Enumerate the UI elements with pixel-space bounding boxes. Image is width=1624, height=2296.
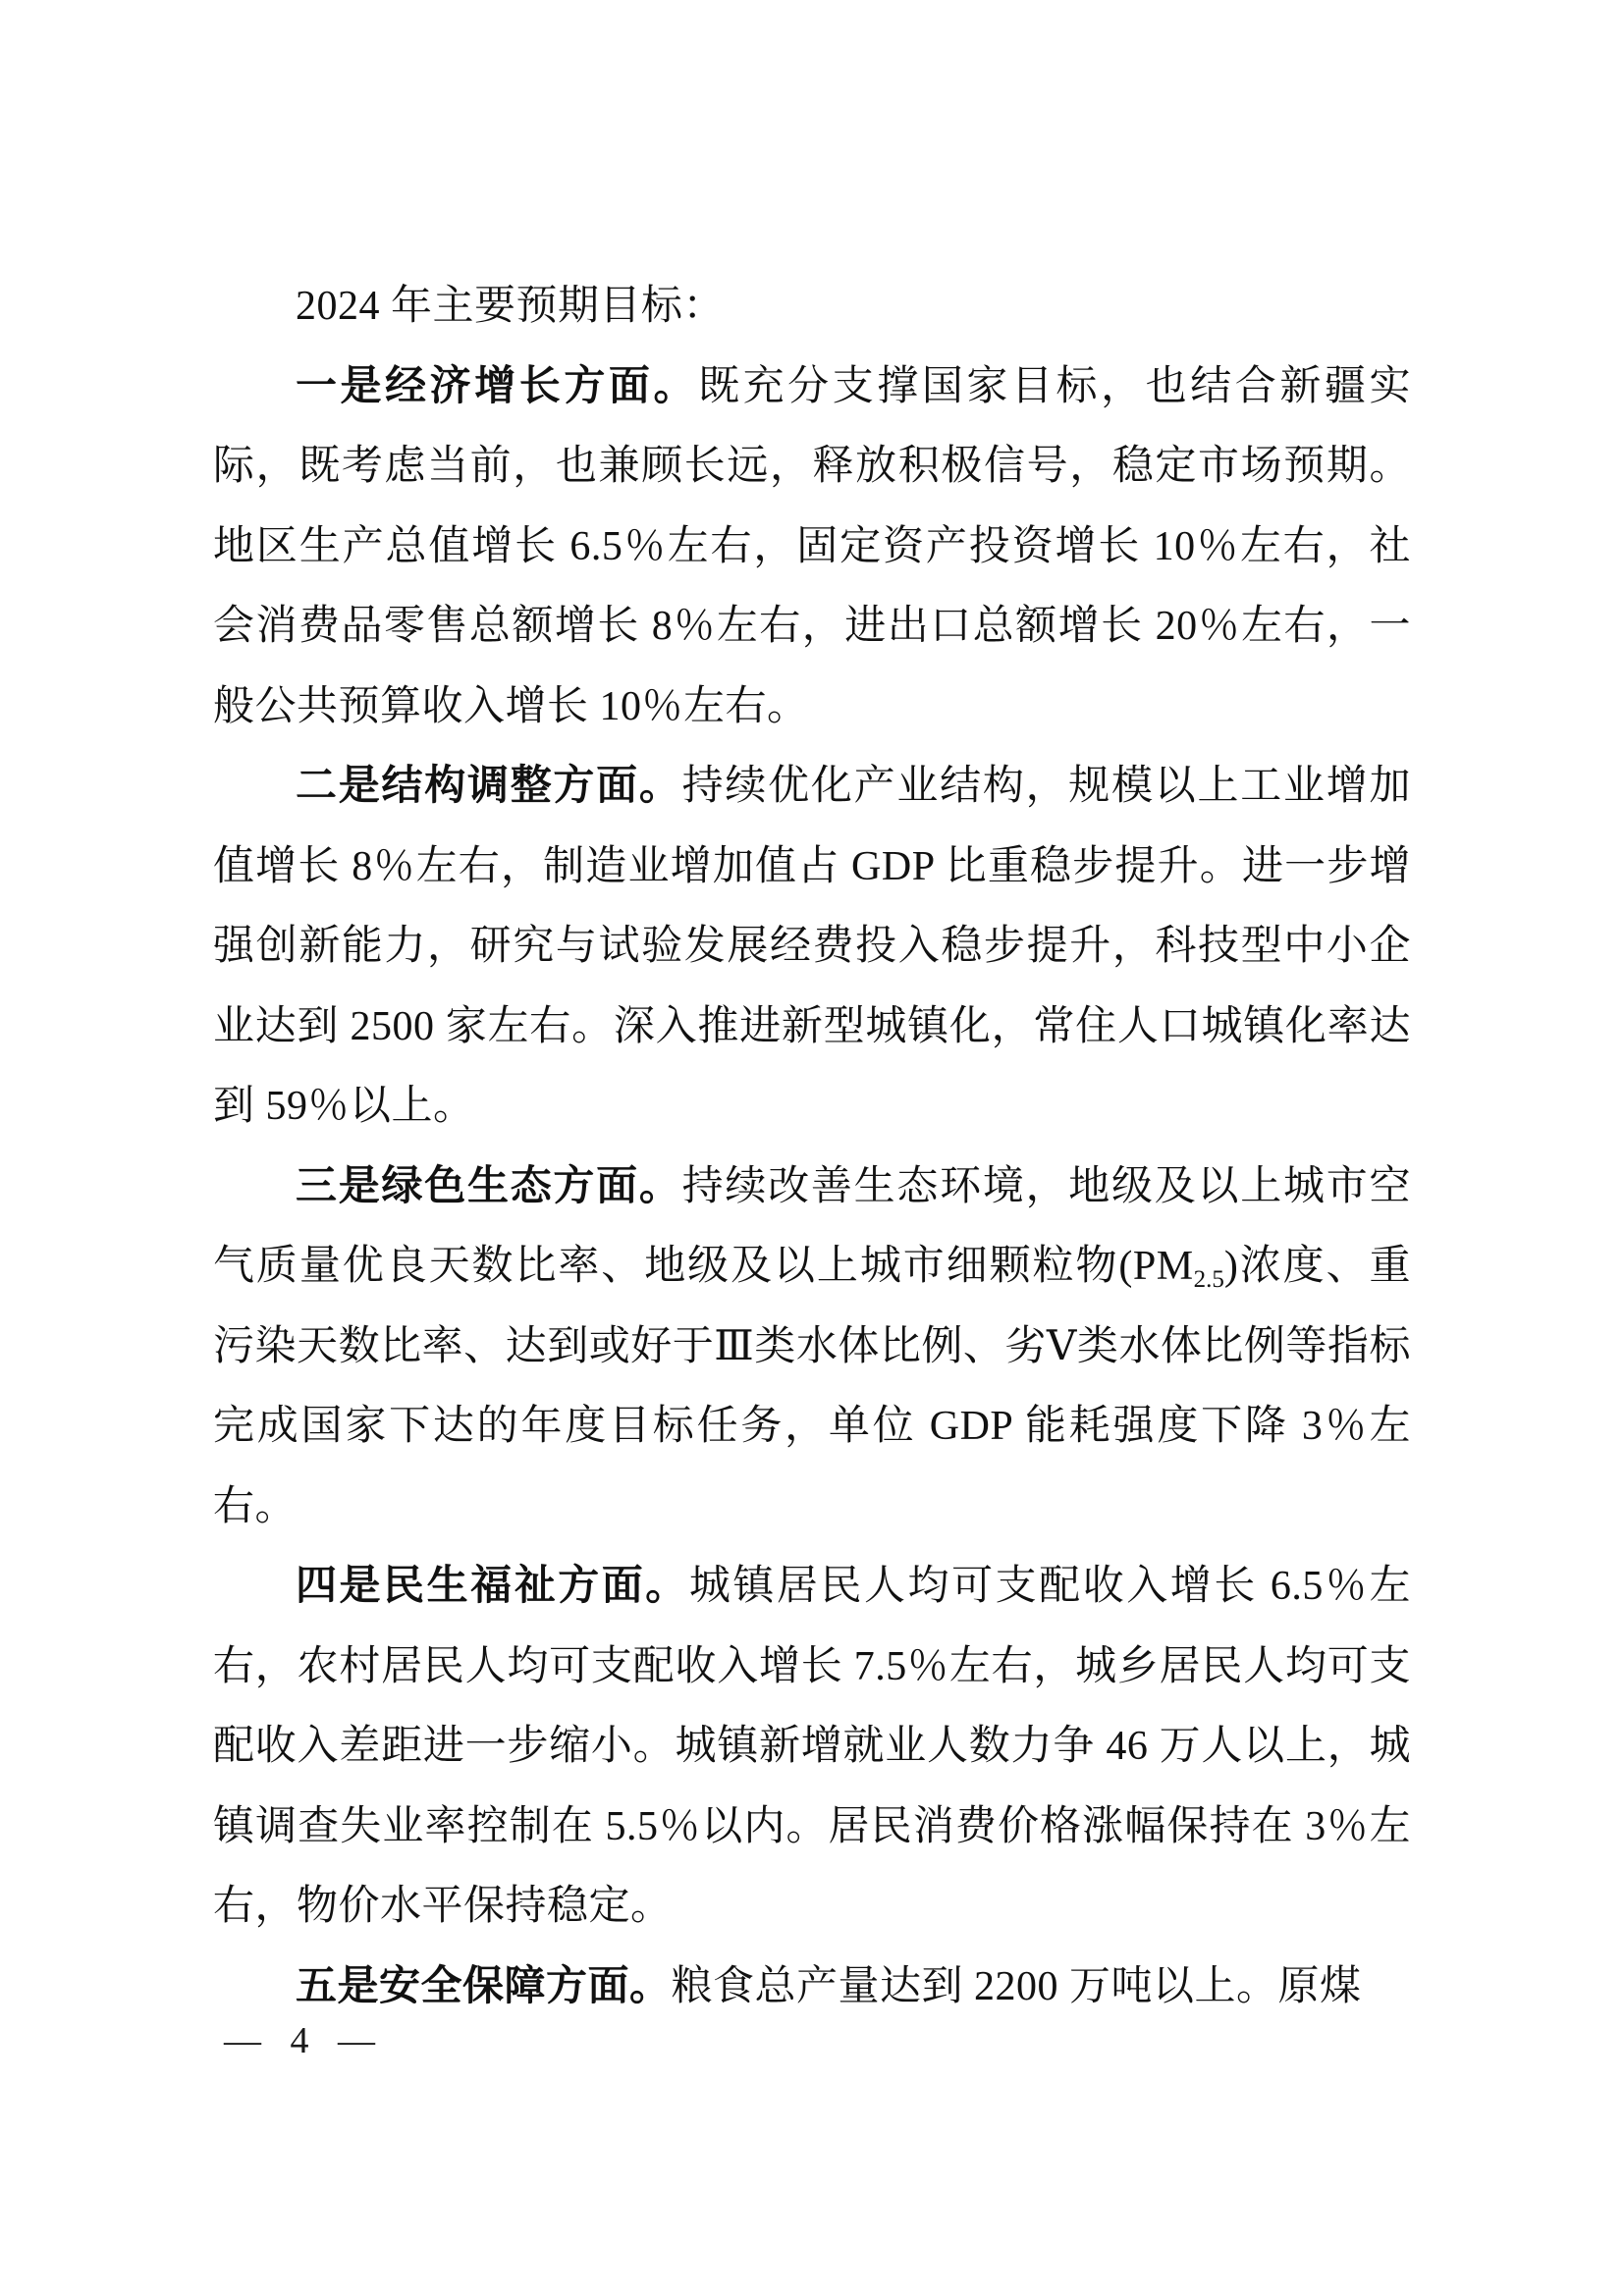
green-ecology-lead: 三是绿色生态方面。	[296, 1164, 682, 1209]
security-guarantee-lead: 五是安全保障方面。	[296, 1964, 672, 2009]
paragraph-security-guarantee: 五是安全保障方面。粮食总产量达到 2200 万吨以上。原煤	[213, 1948, 1411, 2028]
pm25-subscript: 2.5	[1194, 1266, 1224, 1293]
paragraph-livelihood-welfare: 四是民生福祉方面。城镇居民人均可支配收入增长 6.5％左右，农村居民人均可支配收…	[213, 1547, 1411, 1948]
economic-growth-lead: 一是经济增长方面。	[296, 364, 698, 409]
structural-adjustment-text: 持续优化产业结构，规模以上工业增加值增长 8％左右，制造业增加值占 GDP 比重…	[213, 764, 1411, 1129]
paragraph-green-ecology: 三是绿色生态方面。持续改善生态环境，地级及以上城市空气质量优良天数比率、地级及以…	[213, 1148, 1411, 1548]
livelihood-welfare-text: 城镇居民人均可支配收入增长 6.5％左右，农村居民人均可支配收入增长 7.5％左…	[213, 1564, 1411, 1929]
page-footer: — 4 —	[224, 2020, 385, 2061]
document-page: 2024 年主要预期目标： 一是经济增长方面。既充分支撑国家目标，也结合新疆实际…	[0, 0, 1624, 2296]
paragraph-structural-adjustment: 二是结构调整方面。持续优化产业结构，规模以上工业增加值增长 8％左右，制造业增加…	[213, 747, 1411, 1148]
paragraph-targets-heading: 2024 年主要预期目标：	[213, 267, 1411, 347]
security-guarantee-text: 粮食总产量达到 2200 万吨以上。原煤	[672, 1964, 1362, 2009]
targets-heading-text: 2024 年主要预期目标：	[296, 284, 725, 329]
page-number: — 4 —	[224, 2020, 385, 2061]
economic-growth-text: 既充分支撑国家目标，也结合新疆实际，既考虑当前，也兼顾长远，释放积极信号，稳定市…	[213, 364, 1411, 729]
document-body: 2024 年主要预期目标： 一是经济增长方面。既充分支撑国家目标，也结合新疆实际…	[213, 267, 1411, 2027]
paragraph-economic-growth: 一是经济增长方面。既充分支撑国家目标，也结合新疆实际，既考虑当前，也兼顾长远，释…	[213, 347, 1411, 748]
structural-adjustment-lead: 二是结构调整方面。	[296, 764, 682, 809]
livelihood-welfare-lead: 四是民生福祉方面。	[296, 1564, 689, 1609]
